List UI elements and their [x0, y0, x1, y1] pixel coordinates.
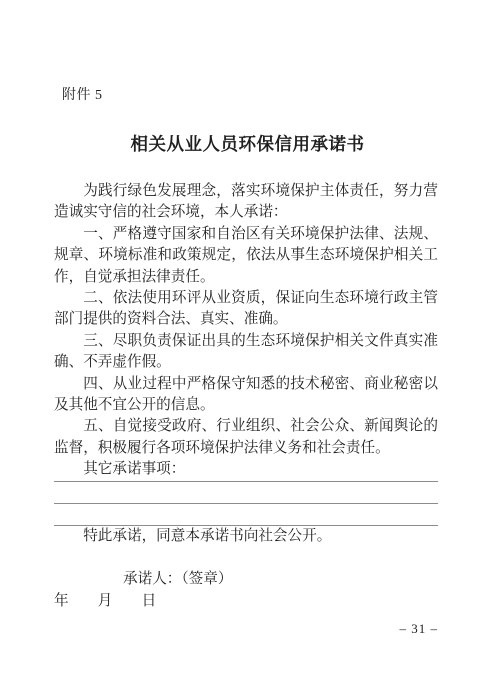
commitment-item-2: 二、依法使用环评从业资质，保证向生态环境行政主管部门提供的资料合法、真实、准确。	[54, 288, 438, 331]
attachment-label: 附件 5	[62, 84, 103, 104]
closing-statement: 特此承诺，同意本承诺书向社会公开。	[54, 526, 438, 547]
document-body: 为践行绿色发展理念，落实环境保护主体责任，努力营造诚实守信的社会环境，本人承诺：…	[54, 181, 438, 612]
date-label: 年 月 日	[54, 591, 438, 612]
commitment-item-4: 四、从业过程中严格保守知悉的技术秘密、商业秘密以及其他不宜公开的信息。	[54, 374, 438, 417]
commitment-item-5: 五、自觉接受政府、行业组织、社会公众、新闻舆论的监督，积极履行各项环境保护法律义…	[54, 416, 438, 459]
commitment-item-3: 三、尽职负责保证出具的生态环境保护相关文件真实准确、不弄虚作假。	[54, 331, 438, 374]
blank-fill-line	[54, 482, 438, 504]
spacer	[54, 548, 438, 569]
signer-label: 承诺人：（签章）	[54, 569, 438, 590]
page-number: – 31 –	[400, 621, 439, 637]
commitment-item-1: 一、严格遵守国家和自治区有关环境保护法律、法规、规章、环境标准和政策规定，依法从…	[54, 224, 438, 288]
blank-fill-line	[54, 504, 438, 526]
other-commitments-label: 其它承诺事项：	[54, 459, 438, 481]
document-page: 附件 5 相关从业人员环保信用承诺书 为践行绿色发展理念，落实环境保护主体责任，…	[0, 0, 495, 699]
intro-paragraph: 为践行绿色发展理念，落实环境保护主体责任，努力营造诚实守信的社会环境，本人承诺：	[54, 181, 438, 224]
document-title: 相关从业人员环保信用承诺书	[0, 131, 495, 156]
